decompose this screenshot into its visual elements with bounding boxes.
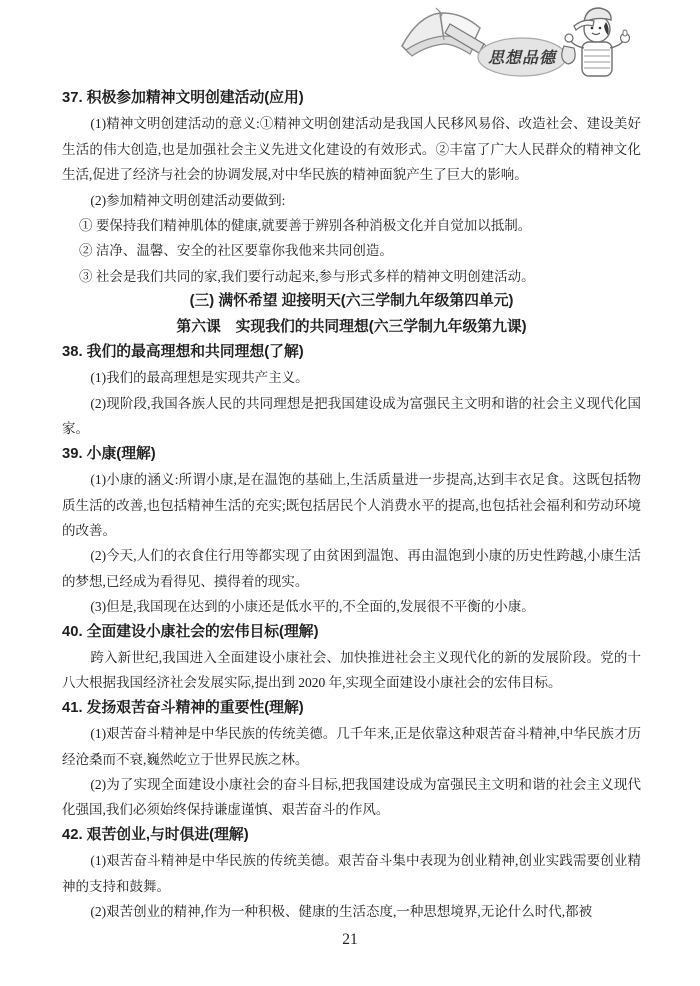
section-37-heading: 37. 积极参加精神文明创建活动(应用): [62, 86, 641, 111]
page-footer: 21: [0, 927, 700, 952]
section-42-paragraph-2: (2)艰苦创业的精神,作为一种积极、健康的生活态度,一种思想境界,无论什么时代,…: [62, 899, 641, 924]
header-illustration: 思想品德: [388, 2, 636, 88]
section-41-paragraph-1: (1)艰苦奋斗精神是中华民族的传统美德。几千年来,正是依靠这种艰苦奋斗精神,中华…: [62, 721, 641, 772]
section-37-paragraph-1: (1)精神文明创建活动的意义:①精神文明创建活动是我国人民移风易俗、改造社会、建…: [62, 111, 641, 187]
section-39-paragraph-1: (1)小康的涵义:所谓小康,是在温饱的基础上,生活质量进一步提高,达到丰衣足食。…: [62, 467, 641, 543]
section-39-paragraph-2: (2)今天,人们的衣食住行用等都实现了由贫困到温饱、再由温饱到小康的历史性跨越,…: [62, 543, 641, 594]
section-42-paragraph-1: (1)艰苦奋斗精神是中华民族的传统美德。艰苦奋斗集中表现为创业精神,创业实践需要…: [62, 848, 641, 899]
subject-badge: 思想品德: [478, 38, 566, 76]
lesson-heading: 第六课 实现我们的共同理想(六三学制九年级第九课): [62, 315, 641, 340]
section-42-heading: 42. 艰苦创业,与时俱进(理解): [62, 823, 641, 848]
section-40-heading: 40. 全面建设小康社会的宏伟目标(理解): [62, 620, 641, 645]
section-41-paragraph-2: (2)为了实现全面建设小康社会的奋斗目标,把我国建设成为富强民主文明和谐的社会主…: [62, 772, 641, 823]
section-39-paragraph-3: (3)但是,我国现在达到的小康还是低水平的,不全面的,发展很不平衡的小康。: [62, 594, 641, 619]
page-number: 21: [342, 931, 358, 948]
subject-badge-label: 思想品德: [488, 49, 558, 67]
section-38-paragraph-1: (1)我们的最高理想是实现共产主义。: [62, 365, 641, 390]
student-mascot-icon: [562, 8, 630, 76]
page-content: 37. 积极参加精神文明创建活动(应用) (1)精神文明创建活动的意义:①精神文…: [62, 86, 641, 924]
section-38-heading: 38. 我们的最高理想和共同理想(了解): [62, 340, 641, 365]
open-book-icon: [402, 8, 494, 56]
section-39-heading: 39. 小康(理解): [62, 442, 641, 467]
section-38-paragraph-2: (2)现阶段,我国各族人民的共同理想是把我国建设成为富强民主文明和谐的社会主义现…: [62, 391, 641, 442]
section-37-item-3: ③ 社会是我们共同的家,我们要行动起来,参与形式多样的精神文明创建活动。: [62, 264, 641, 289]
section-41-heading: 41. 发扬艰苦奋斗精神的重要性(理解): [62, 696, 641, 721]
section-40-paragraph-1: 跨入新世纪,我国进入全面建设小康社会、加快推进社会主义现代化的新的发展阶段。党的…: [62, 645, 641, 696]
textbook-page: 思想品德: [0, 0, 700, 986]
section-37-item-2: ② 洁净、温馨、安全的社区要靠你我他来共同创造。: [62, 238, 641, 263]
unit-heading: (三) 满怀希望 迎接明天(六三学制九年级第四单元): [62, 289, 641, 314]
section-37-item-1: ① 要保持我们精神肌体的健康,就要善于辨别各种消极文化并自觉加以抵制。: [62, 213, 641, 238]
header-illustration-svg: 思想品德: [388, 2, 636, 88]
section-37-paragraph-2: (2)参加精神文明创建活动要做到:: [62, 188, 641, 213]
